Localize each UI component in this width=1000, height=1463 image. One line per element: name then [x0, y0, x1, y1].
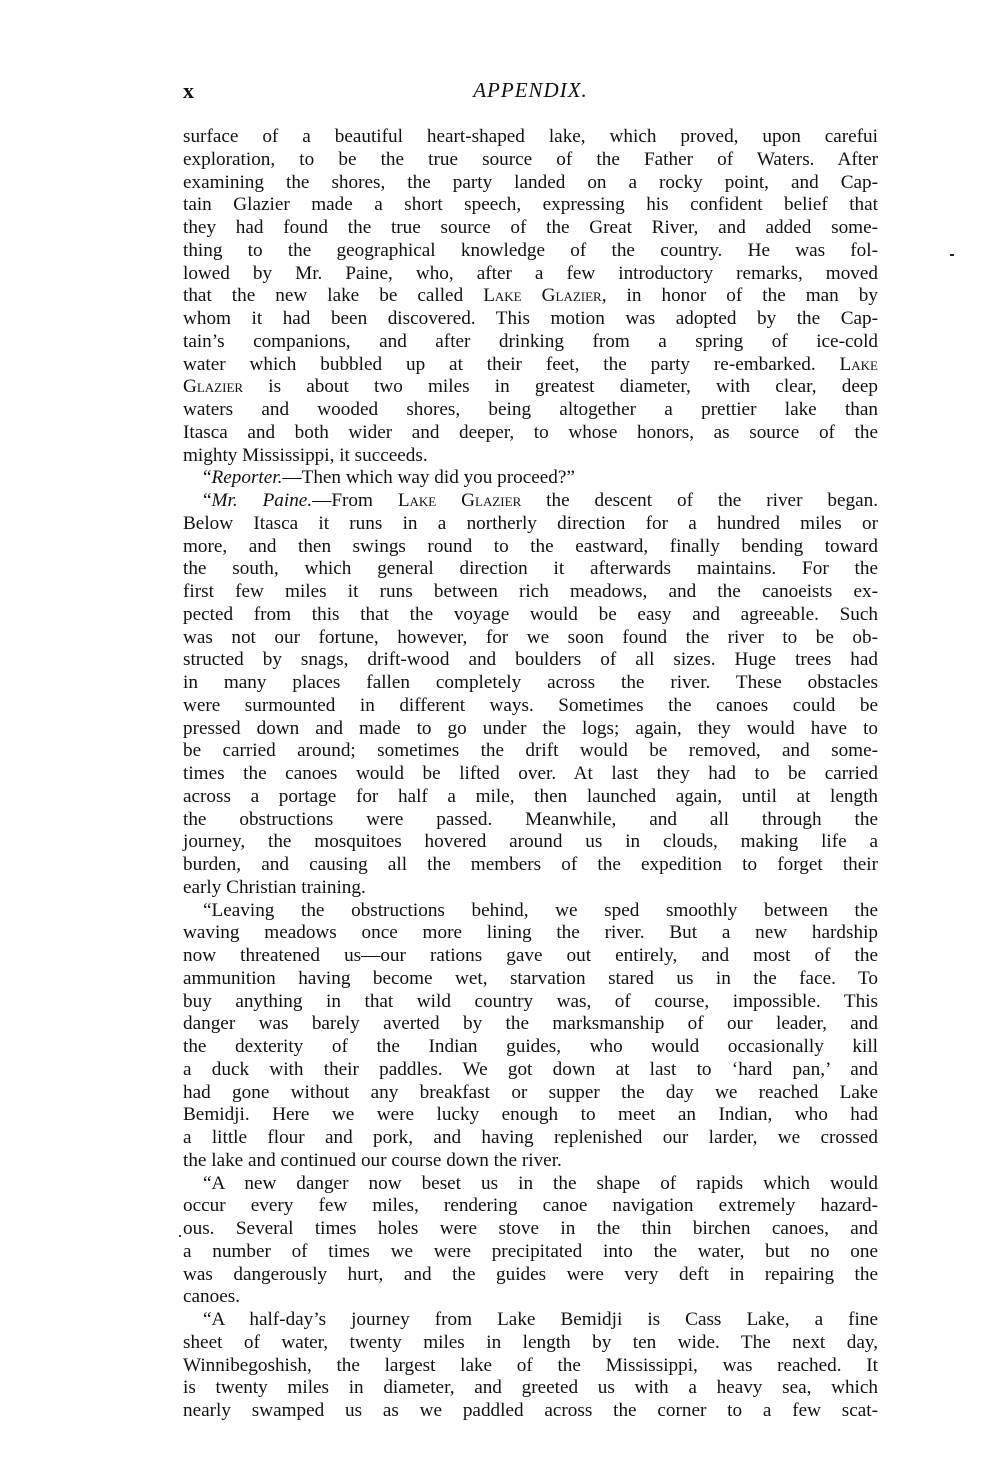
- text-line: now threatened us—our rations gave out e…: [183, 945, 878, 968]
- text-line: waters and wooded shores, being altogeth…: [183, 399, 878, 422]
- text-line: “Reporter.—Then which way did you procee…: [183, 467, 878, 490]
- text-line: canoes.: [183, 1286, 878, 1309]
- text-line: in many places fallen completely across …: [183, 672, 878, 695]
- text-line: structed by snags, drift-wood and boulde…: [183, 649, 878, 672]
- text-line: ous. Several times holes were stove in t…: [183, 1218, 878, 1241]
- text-line: whom it had been discovered. This motion…: [183, 308, 878, 331]
- small-caps-name: Lake: [840, 354, 878, 375]
- text-line: Glazier is about two miles in greatest d…: [183, 376, 878, 399]
- text-line: across a portage for half a mile, then l…: [183, 786, 878, 809]
- text-line: was dangerously hurt, and the guides wer…: [183, 1264, 878, 1287]
- text-line: the obstructions were passed. Meanwhile,…: [183, 809, 878, 832]
- text-line: Below Itasca it runs in a northerly dire…: [183, 513, 878, 536]
- text-line: “A new danger now beset us in the shape …: [183, 1173, 878, 1196]
- small-caps-name: Glazier: [183, 376, 243, 397]
- text-run: water which bubbled up at their feet, th…: [183, 354, 840, 375]
- text-line: thing to the geographical knowledge of t…: [183, 240, 878, 263]
- text-line: journey, the mosquitoes hovered around u…: [183, 831, 878, 854]
- text-line: times the canoes would be lifted over. A…: [183, 763, 878, 786]
- text-line: first few miles it runs between rich mea…: [183, 581, 878, 604]
- text-line: “Leaving the obstructions behind, we spe…: [183, 900, 878, 923]
- quote-mark: “: [203, 490, 212, 511]
- text-line: waving meadows once more lining the rive…: [183, 922, 878, 945]
- text-run: —Then which way did you proceed?”: [282, 467, 575, 488]
- text-line: mighty Mississippi, it succeeds.: [183, 445, 878, 468]
- quote-mark: “: [203, 467, 212, 488]
- text-line: they had found the true source of the Gr…: [183, 217, 878, 240]
- text-line: ammunition having become wet, starvation…: [183, 968, 878, 991]
- text-line: Itasca and both wider and deeper, to who…: [183, 422, 878, 445]
- text-run: the descent of the river began.: [521, 490, 878, 511]
- text-line: water which bubbled up at their feet, th…: [183, 354, 878, 377]
- speaker-name: Reporter.: [212, 467, 283, 488]
- margin-dot: [179, 1235, 181, 1237]
- text-line: pressed down and made to go under the lo…: [183, 718, 878, 741]
- text-line: is twenty miles in diameter, and greeted…: [183, 1377, 878, 1400]
- text-line: “Mr. Paine.—From Lake Glazier the descen…: [183, 490, 878, 513]
- text-line: the dexterity of the Indian guides, who …: [183, 1036, 878, 1059]
- text-line: a number of times we were precipitated i…: [183, 1241, 878, 1264]
- text-line: be carried around; sometimes the drift w…: [183, 740, 878, 763]
- small-caps-name: Lake Glazier: [398, 490, 521, 511]
- text-line: sheet of water, twenty miles in length b…: [183, 1332, 878, 1355]
- text-line: tain Glazier made a short speech, expres…: [183, 194, 878, 217]
- text-line: examining the shores, the party landed o…: [183, 172, 878, 195]
- margin-mark: [950, 254, 954, 256]
- text-line: nearly swamped us as we paddled across t…: [183, 1400, 878, 1423]
- small-caps-name: Lake Glazier: [483, 285, 602, 306]
- text-run: is about two miles in greatest diameter,…: [243, 376, 878, 397]
- text-line: burden, and causing all the members of t…: [183, 854, 878, 877]
- text-run: —From: [312, 490, 398, 511]
- running-head: APPENDIX.: [183, 78, 878, 103]
- text-line: Winnibegoshish, the largest lake of the …: [183, 1355, 878, 1378]
- text-run: , in honor of the man by: [602, 285, 878, 306]
- text-line: more, and then swings round to the eastw…: [183, 536, 878, 559]
- text-line: surface of a beautiful heart-shaped lake…: [183, 126, 878, 149]
- text-line: buy anything in that wild country was, o…: [183, 991, 878, 1014]
- text-line: lowed by Mr. Paine, who, after a few int…: [183, 263, 878, 286]
- text-line: the lake and continued our course down t…: [183, 1150, 878, 1173]
- text-run: that the new lake be called: [183, 285, 483, 306]
- text-line: that the new lake be called Lake Glazier…: [183, 285, 878, 308]
- page-header: x APPENDIX.: [183, 78, 878, 108]
- text-line: “A half-day’s journey from Lake Bemidji …: [183, 1309, 878, 1332]
- text-line: Bemidji. Here we were lucky enough to me…: [183, 1104, 878, 1127]
- text-line: a duck with their paddles. We got down a…: [183, 1059, 878, 1082]
- text-line: occur every few miles, rendering canoe n…: [183, 1195, 878, 1218]
- text-line: was not our fortune, however, for we soo…: [183, 627, 878, 650]
- text-line: pected from this that the voyage would b…: [183, 604, 878, 627]
- text-line: had gone without any breakfast or supper…: [183, 1082, 878, 1105]
- text-line: exploration, to be the true source of th…: [183, 149, 878, 172]
- text-line: danger was barely averted by the marksma…: [183, 1013, 878, 1036]
- book-page: x APPENDIX. surface of a beautiful heart…: [0, 0, 1000, 1463]
- text-line: tain’s companions, and after drinking fr…: [183, 331, 878, 354]
- text-line: a little flour and pork, and having repl…: [183, 1127, 878, 1150]
- body-text: surface of a beautiful heart-shaped lake…: [183, 126, 878, 1423]
- text-line: the south, which general direction it af…: [183, 558, 878, 581]
- text-line: early Christian training.: [183, 877, 878, 900]
- speaker-name: Mr. Paine.: [212, 490, 313, 511]
- text-line: were surmounted in different ways. Somet…: [183, 695, 878, 718]
